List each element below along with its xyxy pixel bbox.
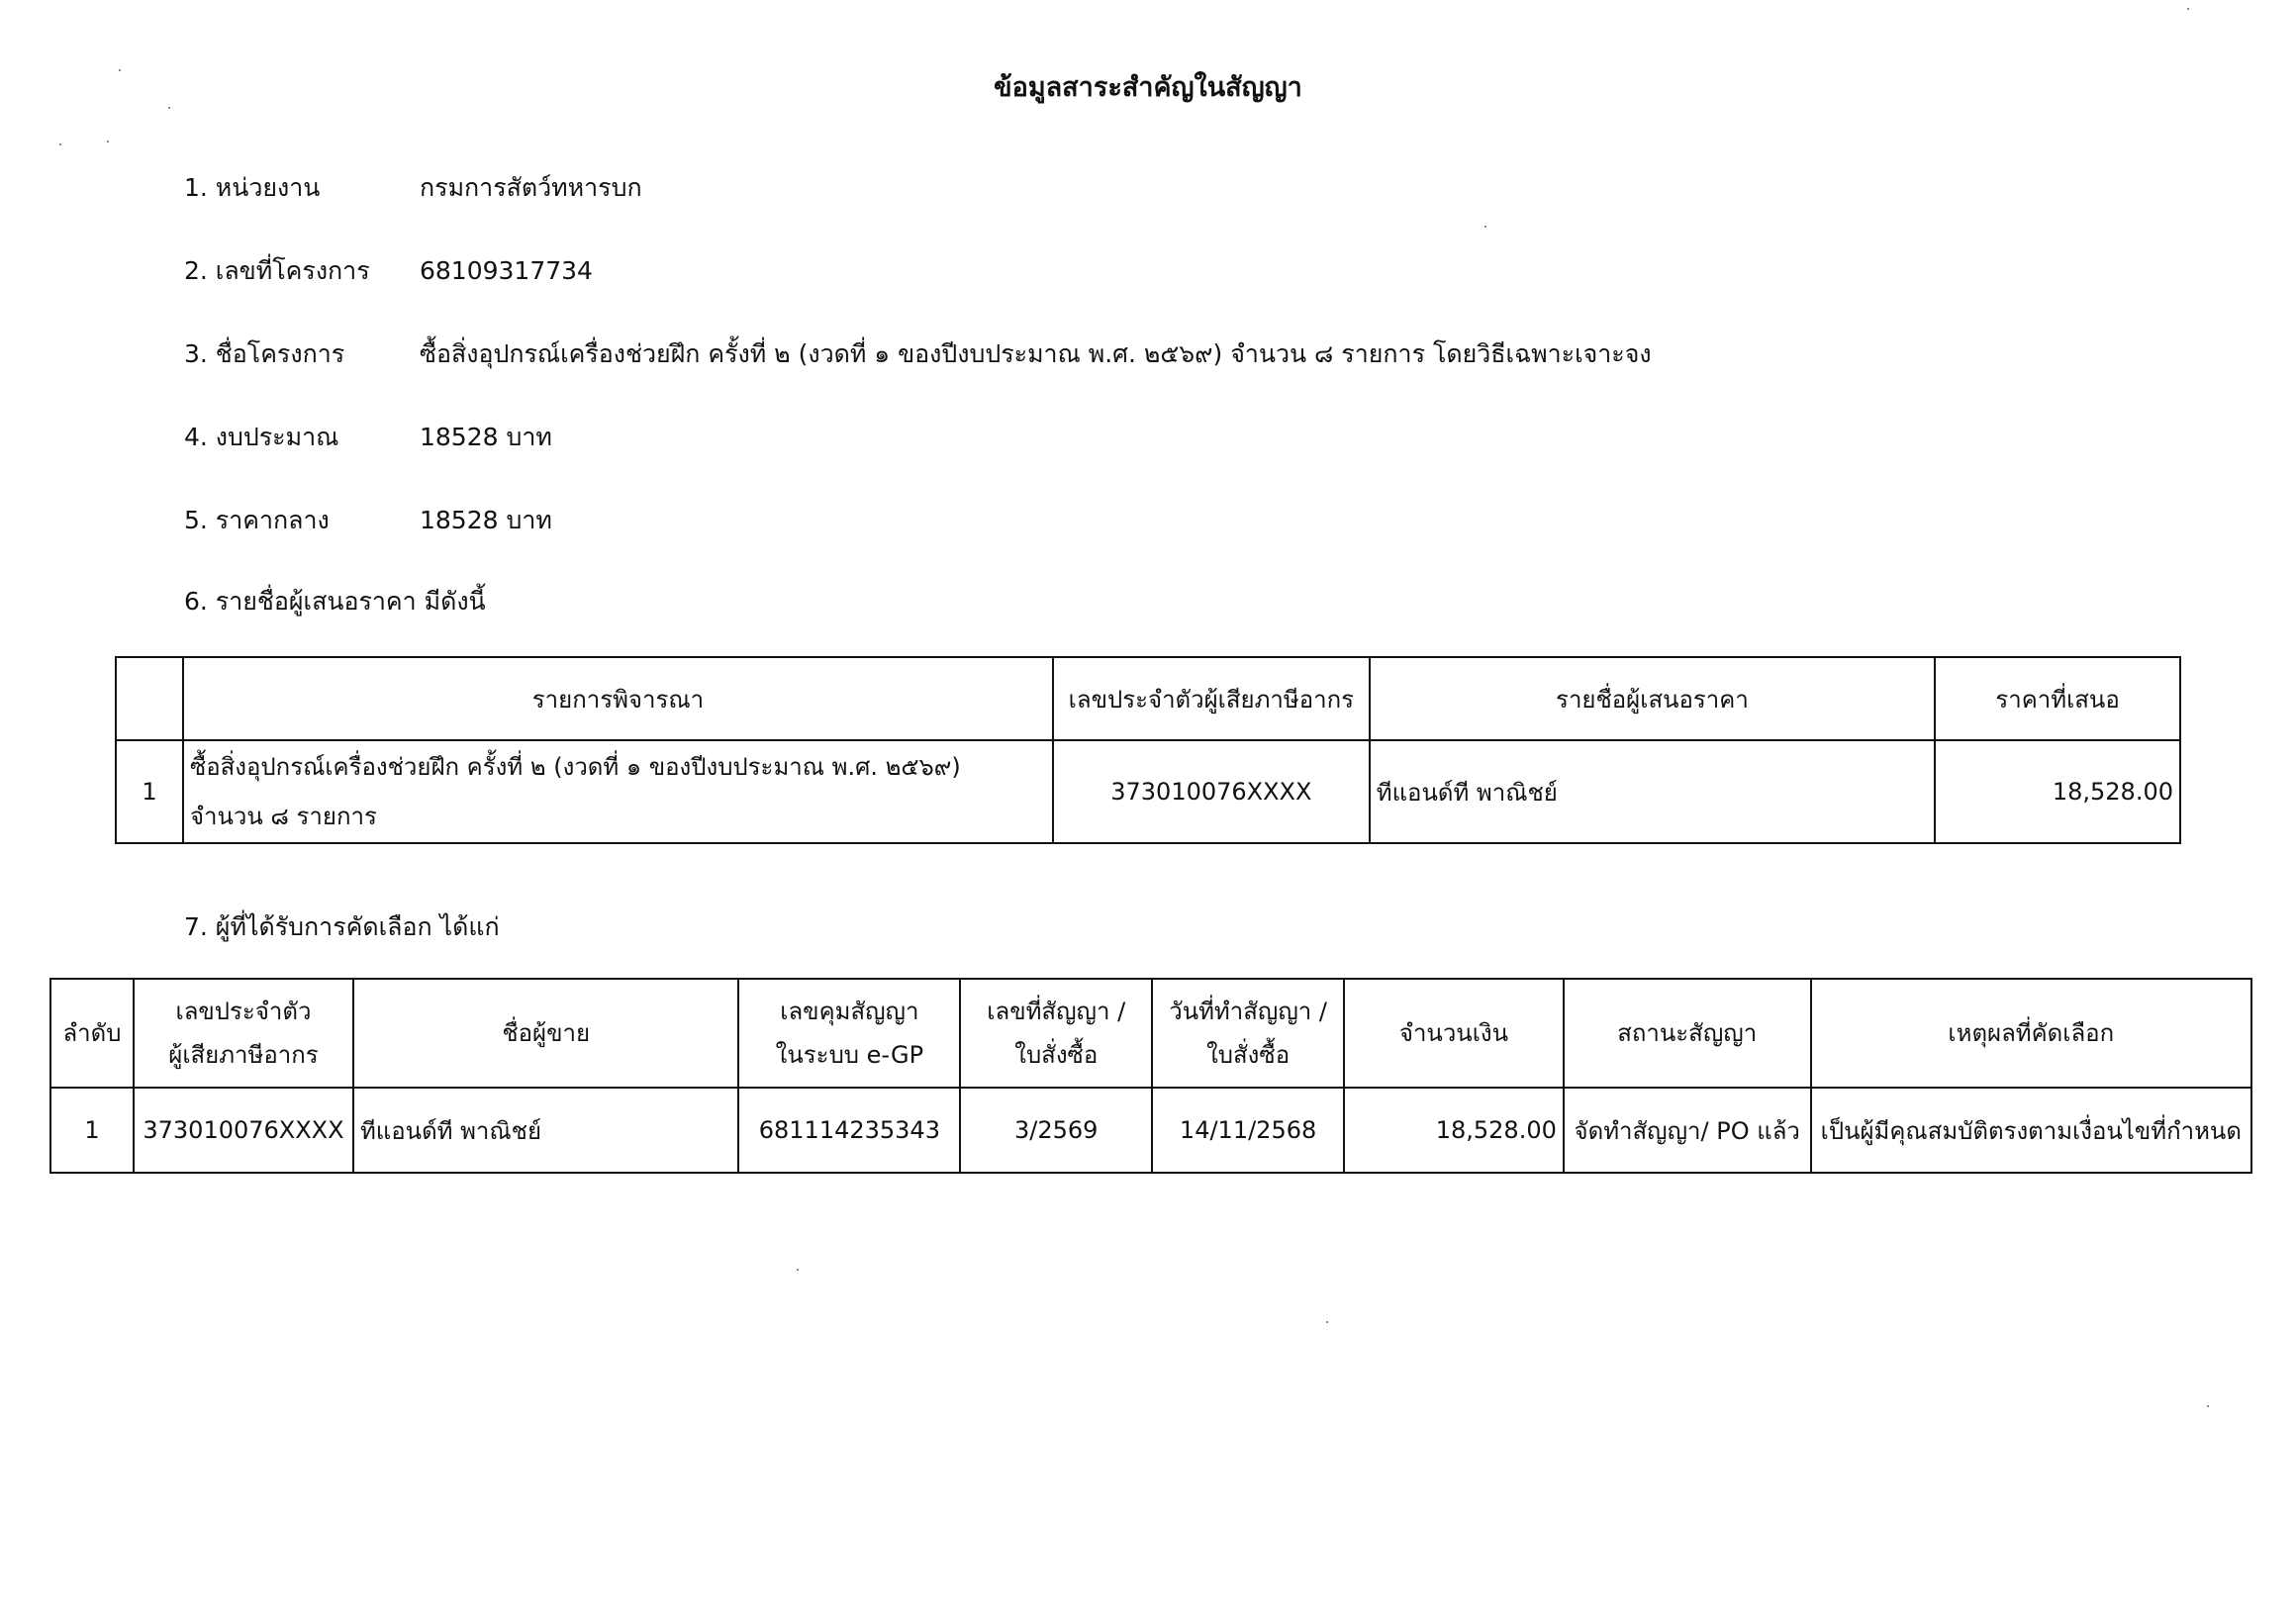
scan-speck bbox=[119, 69, 121, 71]
header-line: ลำดับ bbox=[57, 1011, 127, 1055]
header-order: ลำดับ bbox=[50, 979, 134, 1088]
cell-seller: ทีแอนด์ที พาณิชย์ bbox=[353, 1088, 738, 1173]
table-row: 1 ซื้อสิ่งอุปกรณ์เครื่องช่วยฝึก ครั้งที่… bbox=[116, 740, 2180, 843]
cell-bidder: ทีแอนด์ที พาณิชย์ bbox=[1370, 740, 1935, 843]
header-egp-control: เลขคุมสัญญาในระบบ e-GP bbox=[738, 979, 960, 1088]
header-line: เลขคุมสัญญา bbox=[745, 990, 953, 1033]
field-reference-price: 5. ราคากลาง18528 บาท bbox=[184, 501, 552, 540]
header-no bbox=[116, 657, 183, 740]
cell-tax-id: 373010076XXXX bbox=[134, 1088, 353, 1173]
table-header-row: ลำดับ เลขประจำตัวผู้เสียภาษีอากร ชื่อผู้… bbox=[50, 979, 2251, 1088]
header-line: เลขที่สัญญา / bbox=[967, 990, 1145, 1033]
scan-speck bbox=[2207, 1405, 2209, 1407]
bidders-table: รายการพิจารณา เลขประจำตัวผู้เสียภาษีอากร… bbox=[115, 656, 2181, 844]
header-line: เลขประจำตัว bbox=[141, 990, 346, 1033]
header-contract-date: วันที่ทำสัญญา /ใบสั่งซื้อ bbox=[1152, 979, 1344, 1088]
field-value: กรมการสัตว์ทหารบก bbox=[420, 168, 642, 208]
cell-contract-no: 3/2569 bbox=[960, 1088, 1152, 1173]
field-label: 1. หน่วยงาน bbox=[184, 168, 420, 208]
header-line: ชื่อผู้ขาย bbox=[360, 1011, 731, 1055]
field-value: 68109317734 bbox=[420, 256, 593, 285]
field-value: 18528 บาท bbox=[420, 418, 552, 457]
item-line-2: จำนวน ๘ รายการ bbox=[190, 792, 1046, 841]
field-agency: 1. หน่วยงานกรมการสัตว์ทหารบก bbox=[184, 168, 642, 208]
item-line-1: ซื้อสิ่งอุปกรณ์เครื่องช่วยฝึก ครั้งที่ ๒… bbox=[190, 742, 1046, 792]
header-line: จำนวนเงิน bbox=[1351, 1011, 1557, 1055]
field-label: 2. เลขที่โครงการ bbox=[184, 251, 420, 291]
field-project-number: 2. เลขที่โครงการ68109317734 bbox=[184, 251, 593, 291]
document-page: ข้อมูลสาระสำคัญในสัญญา 1. หน่วยงานกรมการ… bbox=[0, 0, 2296, 1620]
scan-speck bbox=[2187, 8, 2189, 10]
field-value: 18528 บาท bbox=[420, 501, 552, 540]
cell-status: จัดทำสัญญา/ PO แล้ว bbox=[1564, 1088, 1811, 1173]
header-status: สถานะสัญญา bbox=[1564, 979, 1811, 1088]
header-price: ราคาที่เสนอ bbox=[1935, 657, 2180, 740]
header-tax-id: เลขประจำตัวผู้เสียภาษีอากร bbox=[1053, 657, 1370, 740]
field-project-name: 3. ชื่อโครงการซื้อสิ่งอุปกรณ์เครื่องช่วย… bbox=[184, 334, 1652, 374]
header-amount: จำนวนเงิน bbox=[1344, 979, 1564, 1088]
header-line: ผู้เสียภาษีอากร bbox=[141, 1033, 346, 1077]
scan-speck bbox=[1326, 1321, 1328, 1323]
header-line: ใบสั่งซื้อ bbox=[1159, 1033, 1337, 1077]
section7-heading: 7. ผู้ที่ได้รับการคัดเลือก ได้แก่ bbox=[184, 907, 500, 947]
header-line: สถานะสัญญา bbox=[1571, 1011, 1804, 1055]
header-tax-id: เลขประจำตัวผู้เสียภาษีอากร bbox=[134, 979, 353, 1088]
header-line: ในระบบ e-GP bbox=[745, 1033, 953, 1077]
selected-table: ลำดับ เลขประจำตัวผู้เสียภาษีอากร ชื่อผู้… bbox=[49, 978, 2252, 1174]
cell-amount: 18,528.00 bbox=[1344, 1088, 1564, 1173]
header-line: วันที่ทำสัญญา / bbox=[1159, 990, 1337, 1033]
section6-heading: 6. รายชื่อผู้เสนอราคา มีดังนี้ bbox=[184, 582, 486, 621]
field-label: 5. ราคากลาง bbox=[184, 501, 420, 540]
field-value: ซื้อสิ่งอุปกรณ์เครื่องช่วยฝึก ครั้งที่ ๒… bbox=[420, 334, 1652, 374]
cell-contract-date: 14/11/2568 bbox=[1152, 1088, 1344, 1173]
table-row: 1 373010076XXXX ทีแอนด์ที พาณิชย์ 681114… bbox=[50, 1088, 2251, 1173]
cell-order: 1 bbox=[50, 1088, 134, 1173]
cell-tax-id: 373010076XXXX bbox=[1053, 740, 1370, 843]
scan-speck bbox=[1484, 226, 1486, 228]
table-header-row: รายการพิจารณา เลขประจำตัวผู้เสียภาษีอากร… bbox=[116, 657, 2180, 740]
scan-speck bbox=[59, 143, 61, 145]
header-bidder: รายชื่อผู้เสนอราคา bbox=[1370, 657, 1935, 740]
header-seller: ชื่อผู้ขาย bbox=[353, 979, 738, 1088]
scan-speck bbox=[797, 1269, 799, 1271]
cell-item: ซื้อสิ่งอุปกรณ์เครื่องช่วยฝึก ครั้งที่ ๒… bbox=[183, 740, 1053, 843]
header-contract-no: เลขที่สัญญา /ใบสั่งซื้อ bbox=[960, 979, 1152, 1088]
scan-speck bbox=[107, 141, 109, 143]
header-item: รายการพิจารณา bbox=[183, 657, 1053, 740]
header-line: เหตุผลที่คัดเลือก bbox=[1818, 1011, 2245, 1055]
header-reason: เหตุผลที่คัดเลือก bbox=[1811, 979, 2251, 1088]
scan-speck bbox=[168, 107, 170, 109]
header-line: ใบสั่งซื้อ bbox=[967, 1033, 1145, 1077]
cell-reason: เป็นผู้มีคุณสมบัติตรงตามเงื่อนไขที่กำหนด bbox=[1811, 1088, 2251, 1173]
field-budget: 4. งบประมาณ18528 บาท bbox=[184, 418, 552, 457]
cell-no: 1 bbox=[116, 740, 183, 843]
field-label: 4. งบประมาณ bbox=[184, 418, 420, 457]
field-label: 3. ชื่อโครงการ bbox=[184, 334, 420, 374]
cell-price: 18,528.00 bbox=[1935, 740, 2180, 843]
cell-egp-control: 681114235343 bbox=[738, 1088, 960, 1173]
document-title: ข้อมูลสาระสำคัญในสัญญา bbox=[0, 65, 2296, 108]
